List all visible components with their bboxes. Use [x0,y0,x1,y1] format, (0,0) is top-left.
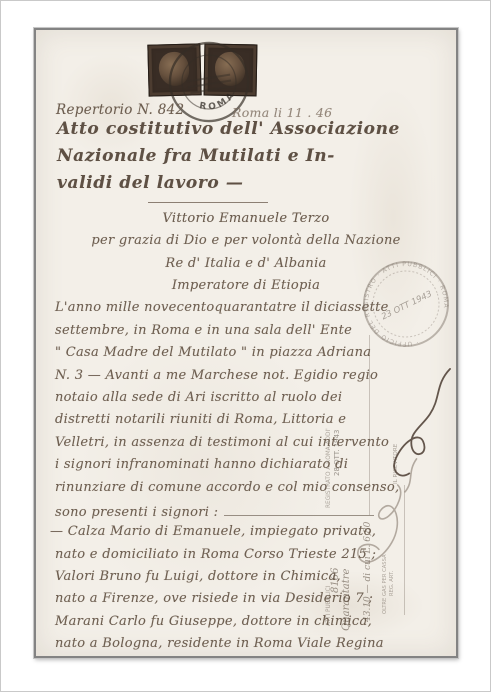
body-line: i signori infranominati hanno dichiarato… [55,457,348,472]
body-line: L'anno mille novecentoquarantatre il dic… [55,300,389,315]
body-line: notaio alla sede di Ari iscritto al ruol… [55,390,342,405]
document-title-line: Atto costitutivo dell' Associazione [57,119,400,139]
repertorio-number: Repertorio N. 842 [56,102,184,118]
document-date: Roma li 11 . 46 [232,105,332,120]
body-line: nato a Bologna, residente in Roma Viale … [55,636,384,651]
invocation-line: Vittorio Emanuele Terzo [36,211,456,226]
document-photo: ROMA Repertorio N. 842 Roma li 11 . 46 A… [34,28,458,658]
body-line: Valori Bruno fu Luigi, dottore in Chimic… [55,569,341,584]
title-divider-rule [148,202,268,203]
body-line: settembre, in Roma e in una sala dell' E… [55,323,352,338]
body-line: distretti notarili riuniti di Roma, Litt… [55,412,346,427]
registration-stamp-date: 28 OTT. 1943 [333,429,341,476]
body-line: N. 3 — Avanti a me Marchese not. Egidio … [55,368,378,383]
scanned-page: ROMA Repertorio N. 842 Roma li 11 . 46 A… [0,0,491,692]
body-line-text: sono presenti i signori : [55,505,218,520]
document-paper: ROMA Repertorio N. 842 Roma li 11 . 46 A… [36,30,456,656]
round-stamp-date: 23 OTT 1943 [380,289,434,322]
body-line: — Calza Mario di Emanuele, impiegato pri… [50,524,376,539]
document-title-line: validi del lavoro — [57,173,243,193]
secondary-signature [337,446,435,594]
body-line: nato e domiciliato in Roma Corso Trieste… [55,547,376,562]
invocation-line: per grazia di Dio e per volontà della Na… [36,233,456,248]
registration-stamp-text: REGISTRATO A ROMA ADDI' [326,428,332,508]
body-line: Marani Carlo fu Giuseppe, dottore in chi… [55,614,372,629]
document-title-line: Nazionale fra Mutilati e In- [57,146,335,166]
body-line: " Casa Madre del Mutilato " in piazza Ad… [55,345,371,360]
